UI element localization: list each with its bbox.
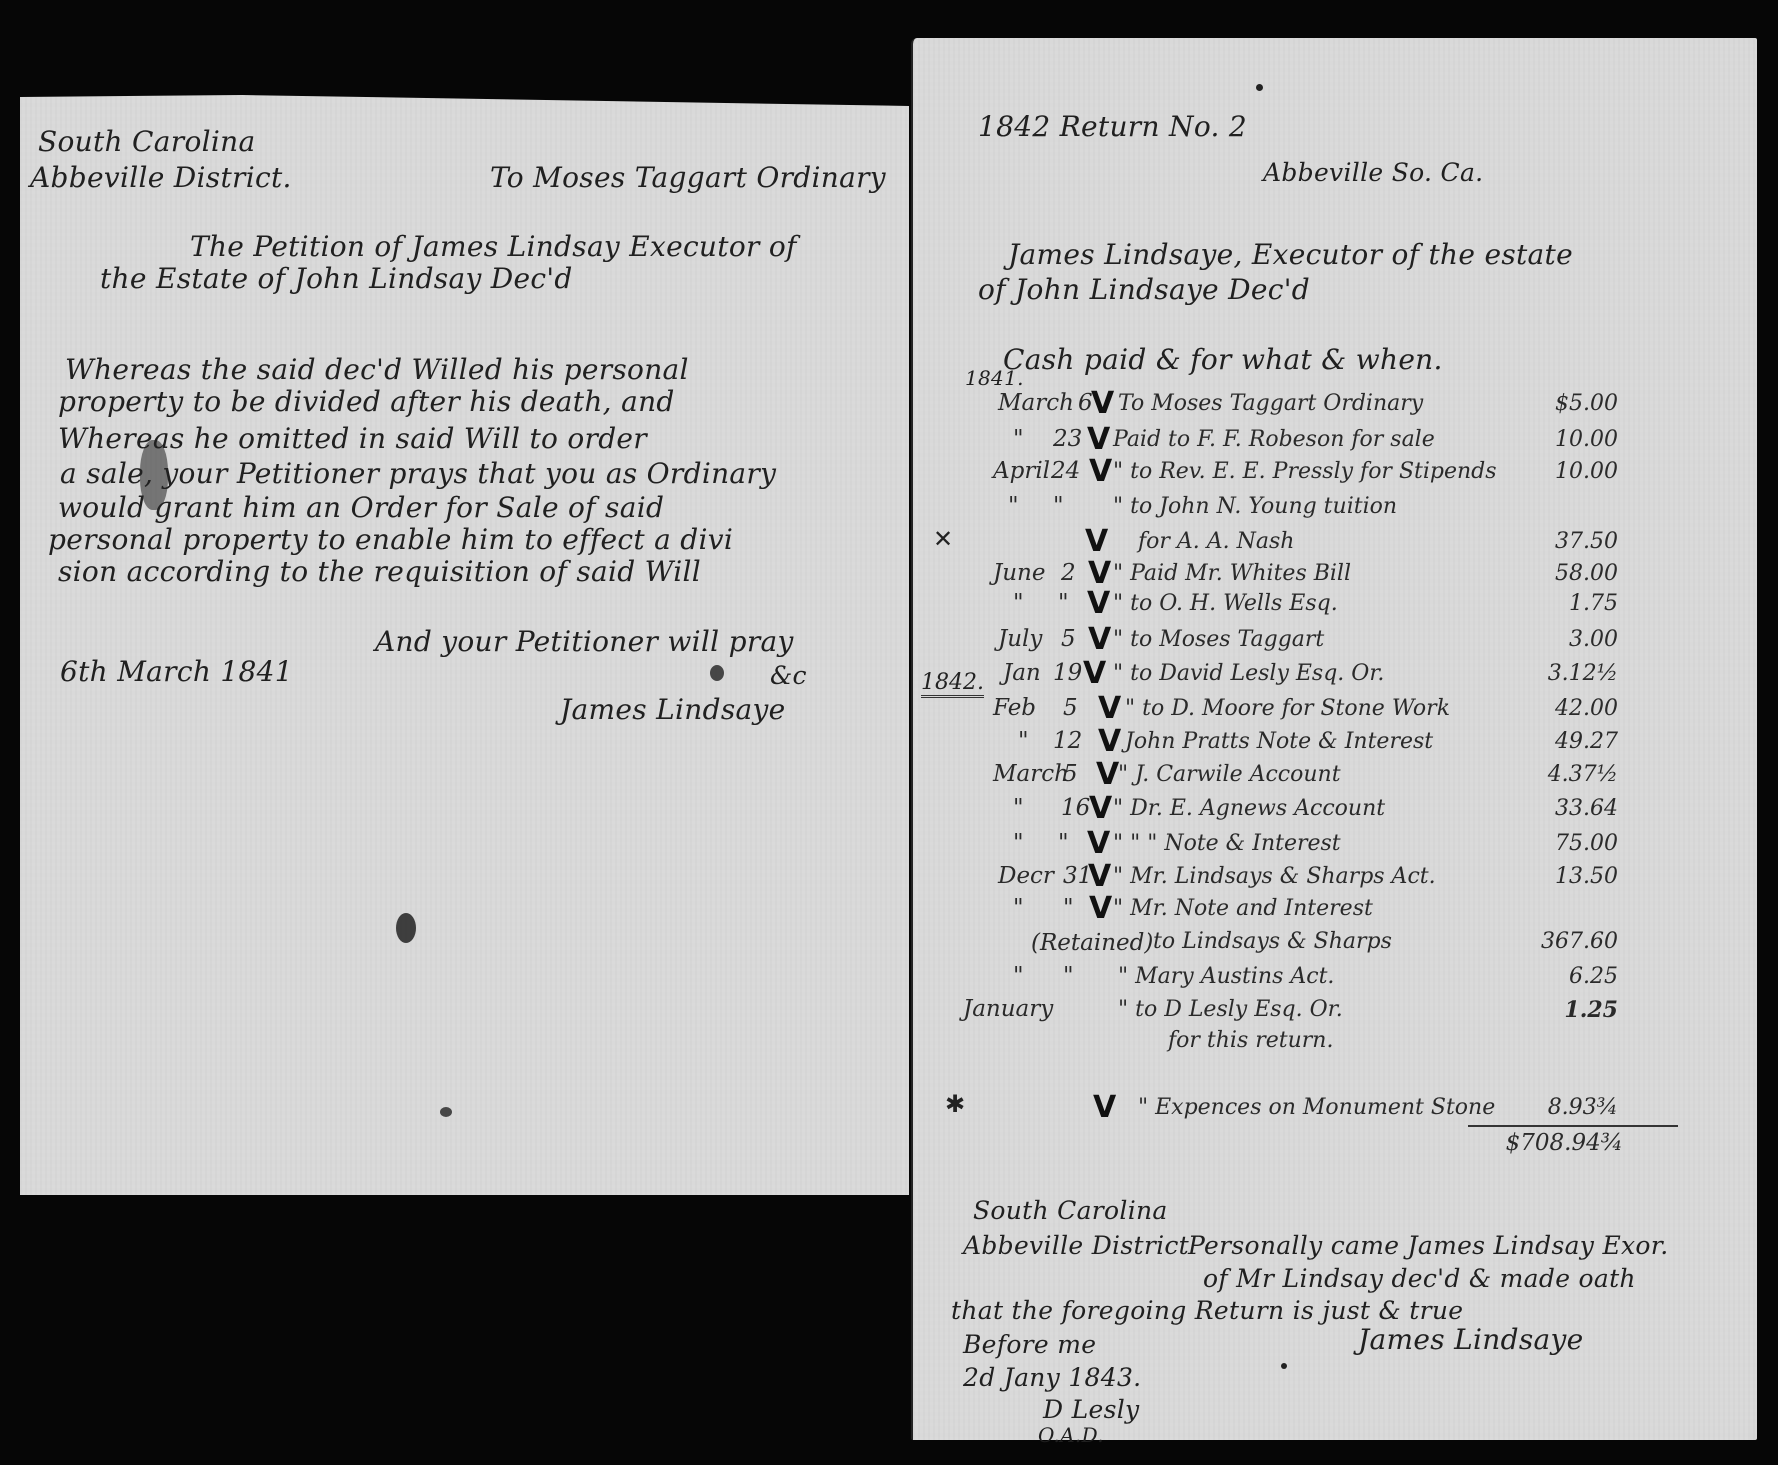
body-line-7: sion according to the requisition of sai…: [58, 555, 701, 588]
entry-amount: 4.37½: [1468, 762, 1618, 787]
entry-desc: " Mary Austins Act.: [1118, 964, 1334, 989]
entry-amount: 10.00: [1468, 459, 1618, 484]
oath-date: 2d Jany 1843.: [963, 1363, 1141, 1392]
body-line-2: property to be divided after his death, …: [58, 385, 675, 418]
entry-day: 5: [1061, 626, 1076, 652]
return-page: 1842 Return No. 2 Abbeville So. Ca. Jame…: [911, 38, 1757, 1440]
entry-amount: 6.25: [1468, 964, 1618, 989]
asterisk-mark-icon: ✱: [945, 1090, 965, 1118]
check-mark-icon: V: [1088, 859, 1111, 894]
entry-day: 16: [1061, 795, 1090, 821]
entry-amount: 13.50: [1468, 864, 1618, 889]
entry-day: ": [1063, 963, 1074, 989]
petition-date: 6th March 1841: [60, 655, 293, 688]
entry-day: ": [1053, 493, 1064, 519]
entry-amount: 33.64: [1468, 796, 1618, 821]
entry-month: ": [1013, 795, 1024, 821]
ink-dot: [1281, 1363, 1287, 1369]
entry-day: 2: [1061, 560, 1076, 586]
entry-month: January: [963, 996, 1053, 1022]
check-mark-icon: V: [1087, 422, 1110, 457]
oath-state: South Carolina: [973, 1196, 1168, 1225]
entry-month: ": [1008, 493, 1019, 519]
entry-desc: John Pratts Note & Interest: [1125, 729, 1433, 754]
entry-amount: $5.00: [1468, 391, 1618, 416]
entry-amount: 367.60: [1468, 929, 1618, 954]
oath-officer-title: O.A.D.: [1038, 1423, 1104, 1447]
entry-desc: " Paid Mr. Whites Bill: [1113, 561, 1351, 586]
entry-day: ": [1063, 895, 1074, 921]
entry-desc: To Moses Taggart Ordinary: [1118, 391, 1423, 416]
entry-day: ": [1058, 590, 1069, 616]
check-mark-icon: V: [1098, 691, 1121, 726]
entry-month: Jan: [1003, 660, 1041, 686]
entry-desc: " to O. H. Wells Esq.: [1113, 591, 1338, 616]
entry-month: ": [1013, 963, 1024, 989]
check-mark-icon: V: [1083, 656, 1106, 691]
total-amount: $708.94¾: [1473, 1130, 1623, 1156]
entry-month: ": [1013, 426, 1024, 452]
entry-amount: 75.00: [1468, 831, 1618, 856]
total-rule: [1468, 1125, 1678, 1127]
entry-desc: " J. Carwile Account: [1118, 762, 1341, 787]
intro-line-2: of John Lindsaye Dec'd: [978, 273, 1310, 306]
entry-desc: " Mr. Note and Interest: [1113, 896, 1373, 921]
column-heading: Cash paid & for what & when.: [1003, 343, 1443, 376]
ink-dot: [1256, 84, 1263, 91]
entry-amount: 3.12½: [1468, 661, 1618, 686]
entry-amount: 42.00: [1468, 696, 1618, 721]
entry-desc: " " " Note & Interest: [1113, 831, 1341, 856]
check-mark-icon: V: [1091, 386, 1114, 421]
entry-desc: " to Rev. E. E. Pressly for Stipends: [1113, 459, 1497, 484]
entry-desc: to Lindsays & Sharps: [1153, 929, 1392, 954]
petition-line-2: the Estate of John Lindsay Dec'd: [100, 262, 573, 295]
oath-district: Abbeville District: [963, 1231, 1189, 1260]
entry-month: June: [993, 560, 1045, 586]
oath-before: Before me: [963, 1330, 1096, 1359]
entry-month: March: [998, 390, 1074, 416]
entry-amount: 1.75: [1468, 591, 1618, 616]
year-1841: 1841.: [965, 366, 1024, 390]
entry-month: Decr: [998, 863, 1054, 889]
entry-month: ": [1018, 728, 1029, 754]
ink-blot: [396, 913, 416, 943]
ink-blot: [440, 1107, 452, 1117]
check-mark-icon: V: [1087, 826, 1110, 861]
check-mark-icon: V: [1093, 1090, 1116, 1125]
entry-amount: 58.00: [1468, 561, 1618, 586]
entry-desc: " Mr. Lindsays & Sharps Act.: [1113, 864, 1436, 889]
petition-line-1: The Petition of James Lindsay Executor o…: [190, 230, 797, 263]
body-line-6: personal property to enable him to effec…: [48, 523, 733, 556]
entry-desc: for A. A. Nash: [1138, 529, 1294, 554]
entry-day: 24: [1051, 458, 1080, 484]
entry-amount: 3.00: [1468, 627, 1618, 652]
entry-day: 5: [1063, 695, 1078, 721]
oath-line-2: of Mr Lindsay dec'd & made oath: [1203, 1264, 1636, 1293]
oath-line-3: that the foregoing Return is just & true: [951, 1296, 1463, 1325]
entry-desc: " to John N. Young tuition: [1113, 494, 1397, 519]
entry-desc: " Dr. E. Agnews Account: [1113, 796, 1385, 821]
entry-month: ": [1013, 830, 1024, 856]
entry-desc: " to D. Moore for Stone Work: [1125, 696, 1450, 721]
oath-signature: James Lindsaye: [1358, 1323, 1583, 1356]
return-title: 1842 Return No. 2: [978, 110, 1247, 143]
entry-day: ": [1058, 830, 1069, 856]
check-mark-icon: V: [1096, 757, 1119, 792]
entry-month: July: [998, 626, 1042, 652]
entry-desc: " to David Lesly Esq. Or.: [1113, 661, 1384, 686]
heading-addressee: To Moses Taggart Ordinary: [490, 161, 886, 194]
ink-blot: [710, 665, 724, 681]
entry-note-retained: (Retained): [1031, 930, 1153, 956]
closing-etc: &c: [770, 661, 807, 690]
entry-amount: 37.50: [1468, 529, 1618, 554]
check-mark-icon: V: [1098, 724, 1121, 759]
check-mark-icon: V: [1089, 891, 1112, 926]
petition-closing: And your Petitioner will pray: [375, 625, 794, 658]
entry-day: 5: [1063, 761, 1078, 787]
oath-line-1: Personally came James Lindsay Exor.: [1188, 1231, 1669, 1260]
entry-day: 19: [1053, 660, 1082, 686]
entry-desc: " to Moses Taggart: [1113, 627, 1324, 652]
check-mark-icon: V: [1087, 586, 1110, 621]
body-line-1: Whereas the said dec'd Willed his person…: [65, 353, 689, 386]
entry-month: March: [993, 761, 1069, 787]
entry-month: April: [993, 458, 1050, 484]
entry-amount: 49.27: [1468, 729, 1618, 754]
entry-amount: 1.25: [1468, 997, 1618, 1023]
check-mark-icon: V: [1085, 524, 1108, 559]
asterisk-mark-icon: ✕: [933, 525, 953, 553]
intro-line-1: James Lindsaye, Executor of the estate: [1008, 238, 1573, 271]
return-place: Abbeville So. Ca.: [1263, 158, 1483, 187]
oath-officer: D Lesly: [1043, 1395, 1139, 1424]
entry-amount: 10.00: [1468, 427, 1618, 452]
petitioner-signature: James Lindsaye: [560, 693, 785, 726]
entry-desc: Paid to F. F. Robeson for sale: [1113, 427, 1435, 452]
entry-day: 23: [1053, 426, 1082, 452]
expense-amount: 8.93¾: [1468, 1095, 1618, 1120]
petition-page: South Carolina Abbeville District. To Mo…: [20, 95, 909, 1195]
entry-desc: for this return.: [1168, 1028, 1333, 1053]
entry-month: Feb: [993, 695, 1036, 721]
entry-day: 12: [1053, 728, 1082, 754]
entry-desc: " to D Lesly Esq. Or.: [1118, 997, 1343, 1022]
check-mark-icon: V: [1088, 622, 1111, 657]
check-mark-icon: V: [1089, 454, 1112, 489]
heading-district: Abbeville District.: [30, 161, 292, 194]
check-mark-icon: V: [1089, 791, 1112, 826]
heading-state: South Carolina: [38, 125, 255, 158]
year-1842: 1842.: [921, 670, 984, 698]
expense-desc: " Expences on Monument Stone: [1138, 1095, 1495, 1120]
entry-month: ": [1013, 895, 1024, 921]
ink-blot: [140, 440, 168, 510]
entry-month: ": [1013, 590, 1024, 616]
